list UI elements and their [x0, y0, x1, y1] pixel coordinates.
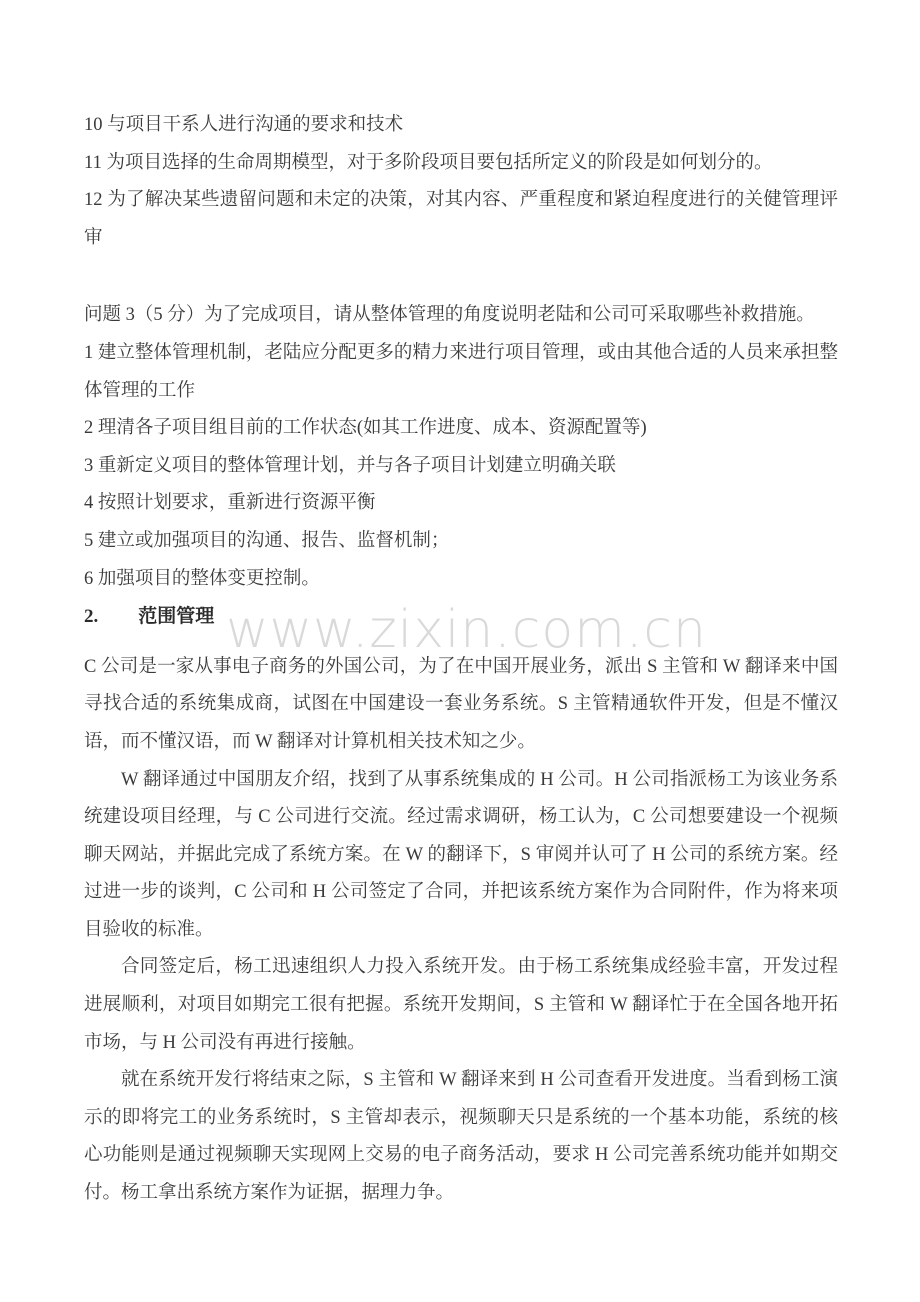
- list-item-12: 12 为了解决某些遗留问题和未定的决策，对其内容、严重程度和紧迫程度进行的关健管…: [84, 182, 838, 257]
- section-heading: 2.范围管理: [84, 598, 838, 636]
- case-paragraph-1: C 公司是一家从事电子商务的外国公司，为了在中国开展业务，派出 S 主管和 W …: [84, 649, 838, 762]
- section-title: 范围管理: [138, 606, 214, 627]
- case-paragraph-3: 合同签定后，杨工迅速组织人力投入系统开发。由于杨工系统集成经验丰富，开发过程进展…: [84, 949, 838, 1062]
- remedy-item-5: 5 建立或加强项目的沟通、报告、监督机制；: [84, 523, 838, 561]
- remedy-item-3: 3 重新定义项目的整体管理计划，并与各子项目计划建立明确关联: [84, 448, 838, 486]
- case-paragraph-4: 就在系统开发行将结束之际，S 主管和 W 翻译来到 H 公司查看开发进度。当看到…: [84, 1062, 838, 1212]
- remedy-item-4: 4 按照计划要求，重新进行资源平衡: [84, 485, 838, 523]
- section-number: 2.: [84, 606, 98, 627]
- question3-intro: 问题 3（5 分）为了完成项目，请从整体管理的角度说明老陆和公司可采取哪些补救措…: [84, 297, 838, 335]
- document-content: 10 与项目干系人进行沟通的要求和技术 11 为项目选择的生命周期模型，对于多阶…: [84, 107, 838, 1213]
- remedy-item-1: 1 建立整体管理机制，老陆应分配更多的精力来进行项目管理，或由其他合适的人员来承…: [84, 335, 838, 410]
- document-page: www.zixin.com.cn 10 与项目干系人进行沟通的要求和技术 11 …: [0, 0, 920, 1302]
- case-paragraph-2: W 翻译通过中国朋友介绍，找到了从事系统集成的 H 公司。H 公司指派杨工为该业…: [84, 762, 838, 950]
- list-item-11: 11 为项目选择的生命周期模型，对于多阶段项目要包括所定义的阶段是如何划分的。: [84, 145, 838, 183]
- blank-line: [84, 257, 838, 297]
- list-item-10: 10 与项目干系人进行沟通的要求和技术: [84, 107, 838, 145]
- remedy-item-2: 2 理清各子项目组目前的工作状态(如其工作进度、成本、资源配置等): [84, 410, 838, 448]
- remedy-item-6: 6 加强项目的整体变更控制。: [84, 561, 838, 599]
